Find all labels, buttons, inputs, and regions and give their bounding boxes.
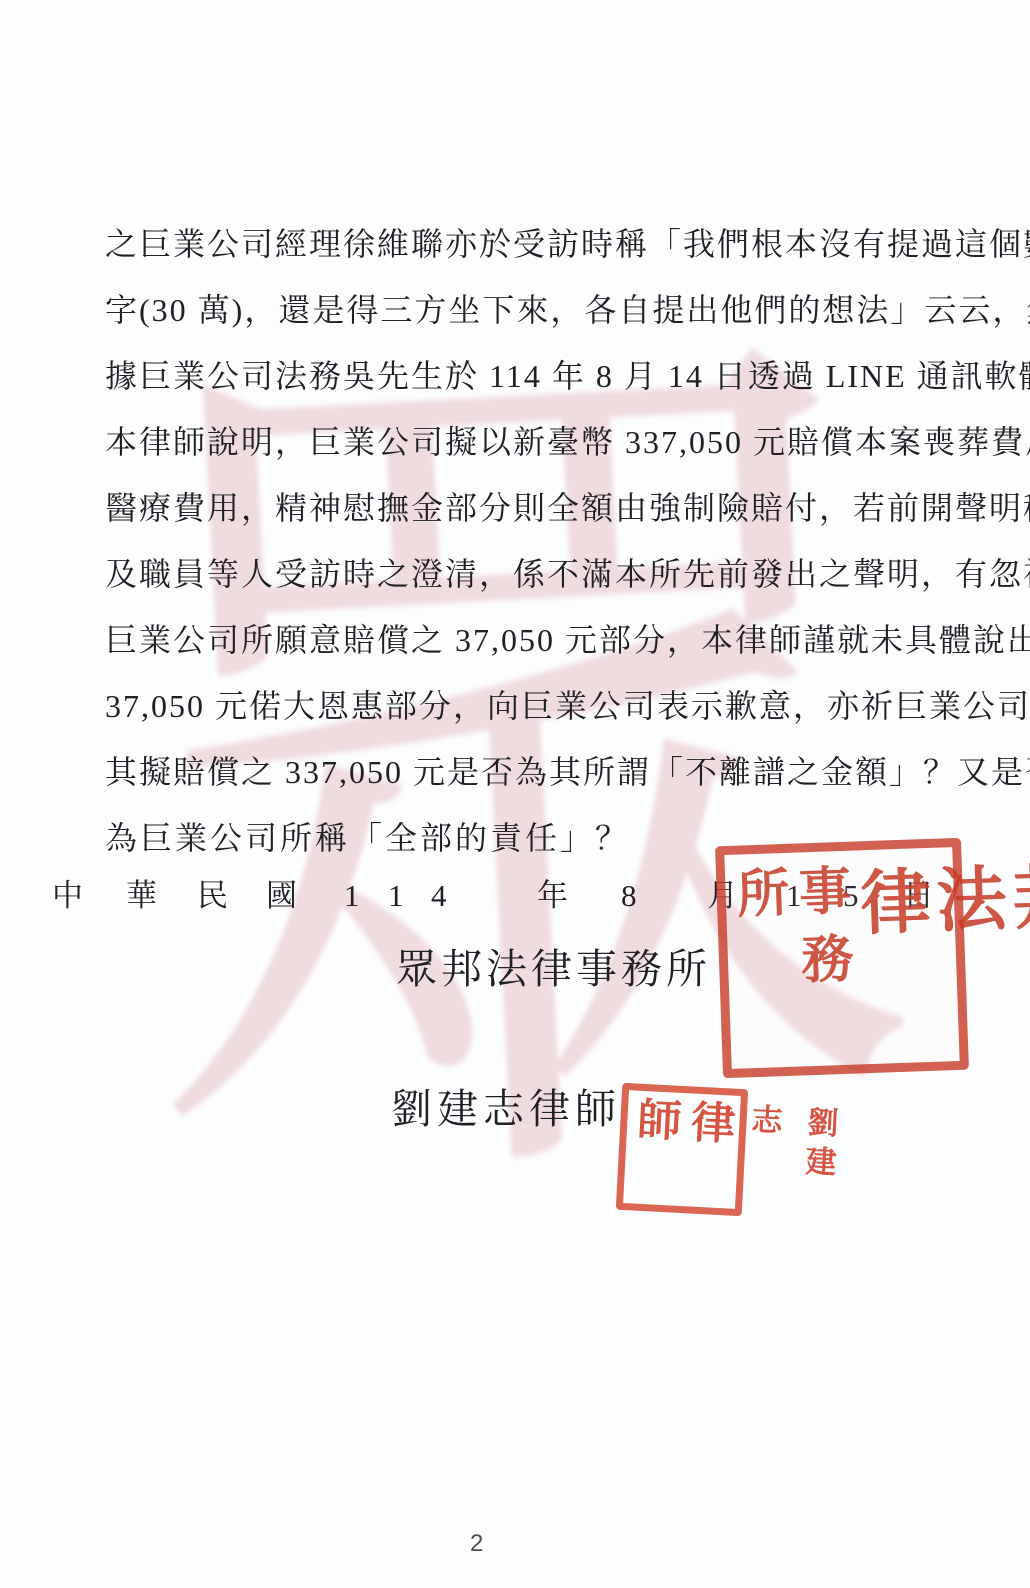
- lawyer-seal-column: 律師: [623, 1093, 737, 1209]
- date-char: 中: [52, 876, 83, 916]
- date-char: 8: [621, 876, 637, 916]
- date-char: 1: [388, 876, 404, 916]
- body-text: 之巨業公司經理徐維聯亦於受訪時稱「我們根本沒有提過這個數字(30 萬)，還是得三…: [105, 211, 937, 871]
- date-char: 1: [344, 876, 360, 916]
- body-line: 字(30 萬)，還是得三方坐下來，各自提出他們的想法」云云，然根: [105, 277, 937, 343]
- body-line: 之巨業公司經理徐維聯亦於受訪時稱「我們根本沒有提過這個數: [105, 211, 937, 277]
- firm-seal-stamp: 眾邦法律事務所: [715, 838, 969, 1078]
- body-line: 醫療費用，精神慰撫金部分則全額由強制險賠付，若前開聲明稿: [105, 475, 937, 541]
- body-line: 本律師說明，巨業公司擬以新臺幣 337,050 元賠償本案喪葬費用及: [105, 409, 937, 475]
- body-line: 巨業公司所願意賠償之 37,050 元部分，本律師謹就未具體說出該: [105, 607, 937, 673]
- date-char: 年: [537, 876, 568, 916]
- document-page: 眾 之巨業公司經理徐維聯亦於受訪時稱「我們根本沒有提過這個數字(30 萬)，還是…: [0, 0, 1030, 1588]
- body-line: 37,050 元偌大恩惠部分，向巨業公司表示歉意，亦祈巨業公司說明: [105, 673, 937, 739]
- body-line: 其擬賠償之 337,050 元是否為其所謂「不離譜之金額」？又是否即: [105, 739, 937, 805]
- firm-seal-column: 事務所: [725, 859, 856, 1069]
- signatory-name: 劉建志律師: [391, 1076, 621, 1135]
- lawyer-seal-stamp: 劉建志律師: [616, 1083, 748, 1216]
- firm-name: 眾邦法律事務所: [396, 936, 711, 995]
- date-char: 4: [431, 876, 447, 916]
- date-char: 民: [197, 876, 228, 916]
- lawyer-seal-column: 劉建志: [731, 1099, 849, 1215]
- lawyer-seal-text: 劉建志律師: [623, 1090, 851, 1214]
- date-char: 華: [126, 876, 157, 916]
- firm-seal-column: 法律: [849, 853, 1008, 1064]
- body-line: 及職員等人受訪時之澄清，係不滿本所先前發出之聲明，有忽視: [105, 541, 937, 607]
- firm-seal-text: 眾邦法律事務所: [724, 840, 1030, 1069]
- body-line: 據巨業公司法務吳先生於 114 年 8 月 14 日透過 LINE 通訊軟體向: [105, 343, 937, 409]
- page-number: 2: [470, 1530, 483, 1558]
- date-char: 國: [266, 876, 297, 916]
